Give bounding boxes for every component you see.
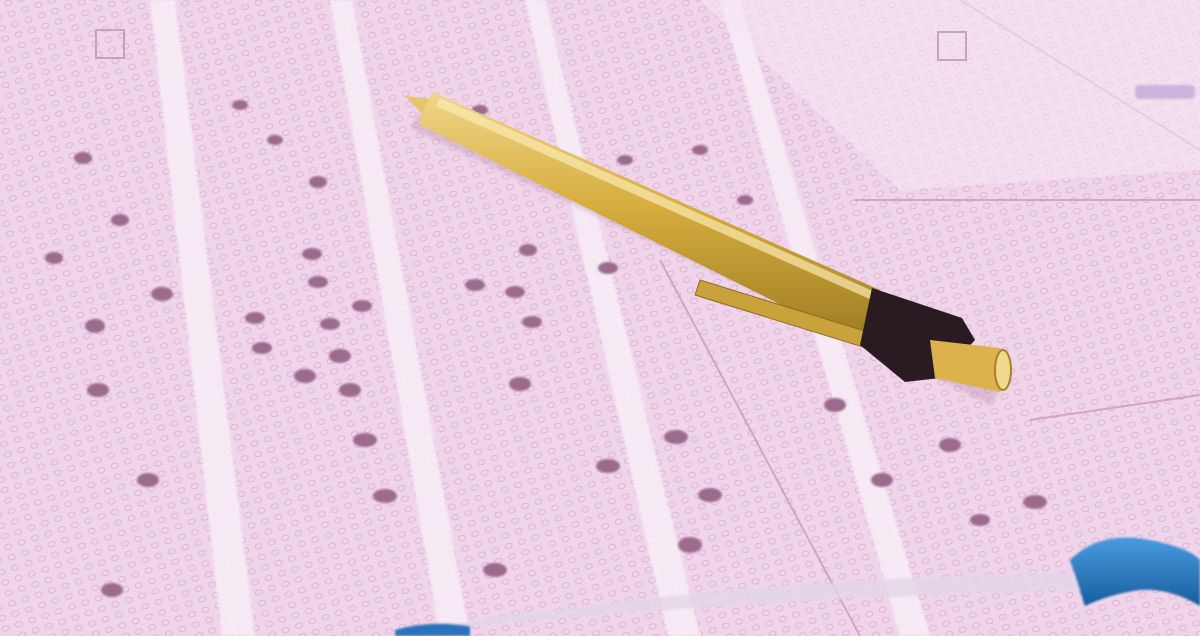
photo-scene	[0, 0, 1200, 636]
answer-sheet	[0, 0, 1200, 636]
